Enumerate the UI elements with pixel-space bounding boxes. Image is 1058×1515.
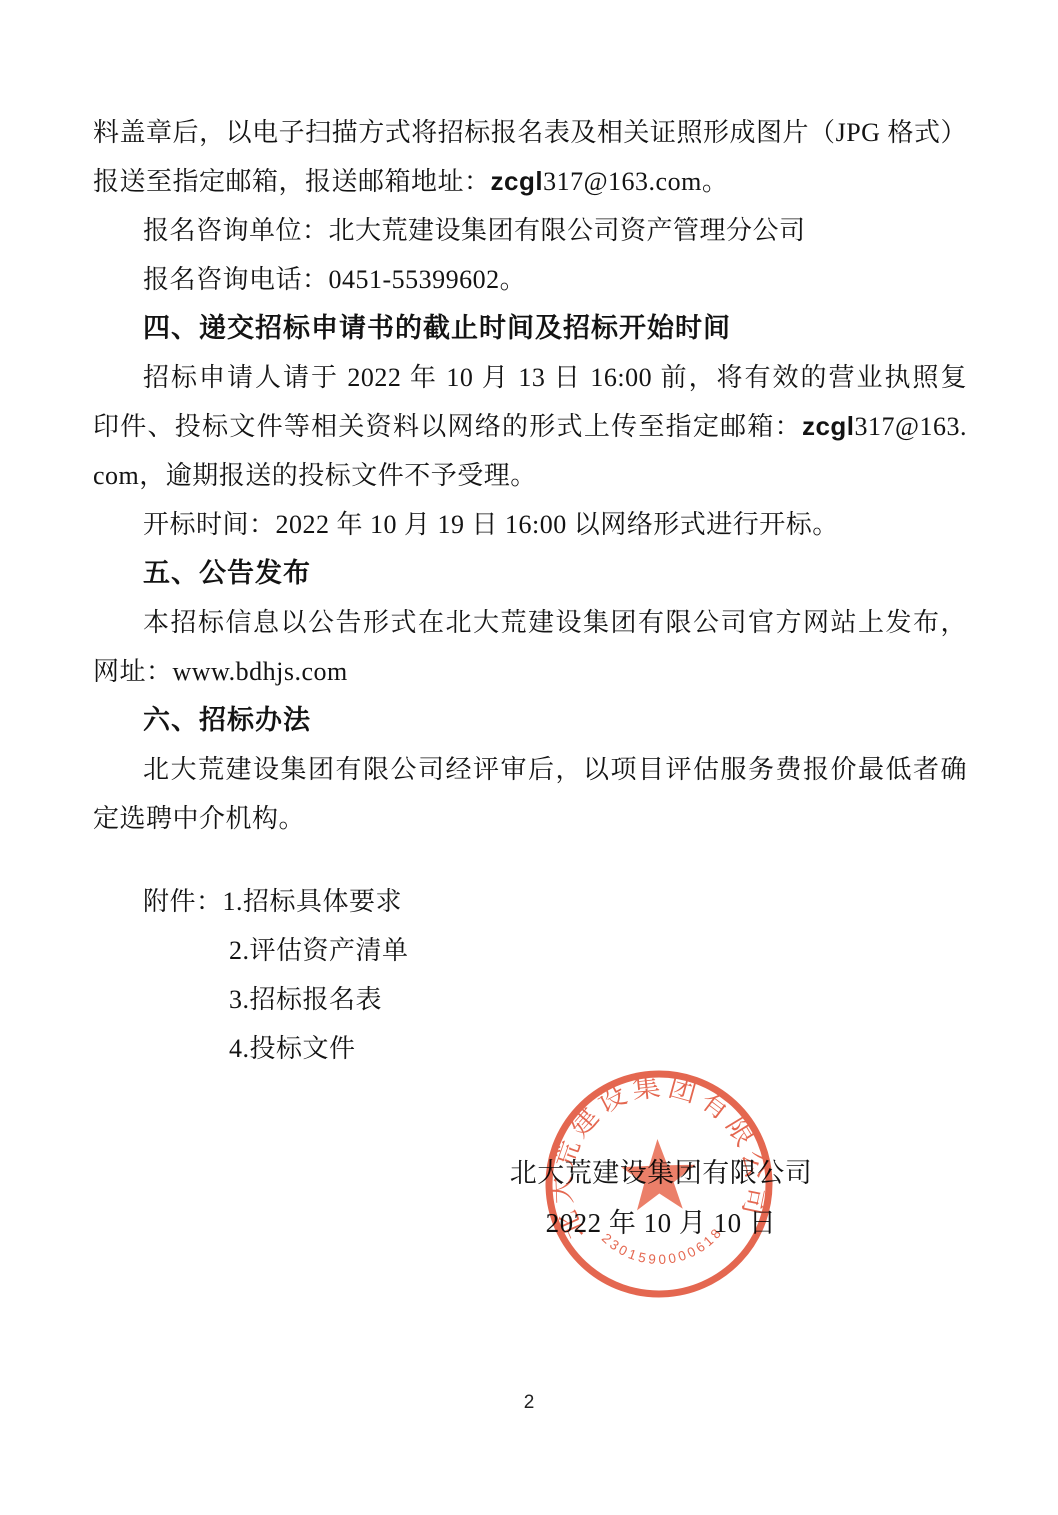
email-line-prefix: 报送至指定邮箱，报送邮箱地址： (93, 167, 491, 196)
attachments-list: 附件：1.招标具体要求 2.评估资产清单 3.招标报名表 4.投标文件 (93, 877, 967, 1073)
contact-phone-line: 报名咨询电话：0451-55399602。 (93, 255, 967, 304)
email-line-suffix: 。 (702, 167, 729, 196)
email-address-bold: zcgl (802, 411, 855, 441)
attachment-item: 2.评估资产清单 (229, 926, 967, 975)
paragraph-line: 料盖章后，以电子扫描方式将招标报名表及相关证照形成图片（JPG 格式） (93, 108, 967, 157)
document-page: 料盖章后，以电子扫描方式将招标报名表及相关证照形成图片（JPG 格式） 报送至指… (0, 0, 1058, 1515)
contact-unit-line: 报名咨询单位：北大荒建设集团有限公司资产管理分公司 (93, 206, 967, 255)
seal-star-icon (620, 1138, 697, 1211)
section-heading-5: 五、公告发布 (93, 549, 967, 598)
paragraph-line: com，逾期报送的投标文件不予受理。 (93, 451, 967, 500)
company-seal: 北大荒建设集团有限公司 2301590000618 (539, 1064, 779, 1304)
attachment-item: 4.投标文件 (229, 1024, 967, 1073)
attachment-item: 附件：1.招标具体要求 (93, 877, 967, 926)
email-address-tail: 317@163. (855, 412, 967, 441)
document-body: 料盖章后，以电子扫描方式将招标报名表及相关证照形成图片（JPG 格式） 报送至指… (93, 108, 967, 1073)
website-line: 网址：www.bdhjs.com (93, 647, 967, 696)
paragraph-line: 招标申请人请于 2022 年 10 月 13 日 16:00 前，将有效的营业执… (93, 353, 967, 402)
section-heading-4: 四、递交招标申请书的截止时间及招标开始时间 (93, 304, 967, 353)
svg-text:2301590000618: 2301590000618 (598, 1223, 727, 1269)
paragraph-line: 报送至指定邮箱，报送邮箱地址：zcgl317@163.com。 (93, 157, 967, 206)
paragraph-line: 本招标信息以公告形式在北大荒建设集团有限公司官方网站上发布， (93, 598, 967, 647)
attachment-item: 3.招标报名表 (229, 975, 967, 1024)
upload-line-prefix: 印件、投标文件等相关资料以网络的形式上传至指定邮箱： (93, 412, 802, 441)
attachment-item-text: 1.招标具体要求 (223, 887, 403, 916)
paragraph-line: 北大荒建设集团有限公司经评审后，以项目评估服务费报价最低者确 (93, 745, 967, 794)
paragraph-line: 定选聘中介机构。 (93, 794, 967, 843)
attachments-label: 附件： (143, 887, 223, 916)
page-number: 2 (0, 1392, 1058, 1414)
seal-serial-number: 2301590000618 (598, 1223, 727, 1269)
email-address-tail: 317@163.com (543, 167, 702, 196)
open-time-line: 开标时间：2022 年 10 月 19 日 16:00 以网络形式进行开标。 (93, 500, 967, 549)
email-address-bold: zcgl (491, 166, 544, 196)
paragraph-line: 印件、投标文件等相关资料以网络的形式上传至指定邮箱：zcgl317@163. (93, 402, 967, 451)
section-heading-6: 六、招标办法 (93, 696, 967, 745)
